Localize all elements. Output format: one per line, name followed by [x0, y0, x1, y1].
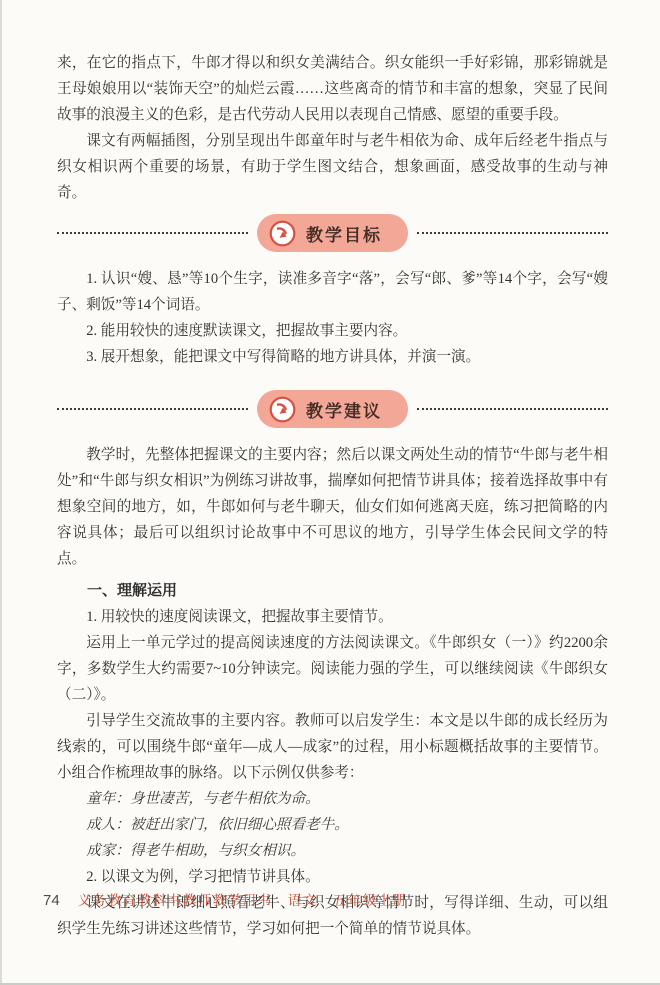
intro-paragraph-continuation: 来，在它的指点下，牛郎才得以和织女美满结合。织女能织一手好彩锦，那彩锦就是王母娘…	[57, 50, 608, 128]
curved-down-arrow-icon	[269, 396, 296, 423]
suggestions-header-row: 教学建议	[57, 390, 608, 428]
scanned-book-page: { "intro": { "p1": "来，在它的指点下，牛郎才得以和织女美满结…	[0, 0, 660, 985]
book-title: 义务教育教科书教师教学用书 语文 五年级上册	[78, 889, 408, 909]
outline-line-family: 成家：得老牛相助，与织女相识。	[57, 838, 608, 864]
objectives-header-row: 教学目标	[57, 214, 608, 252]
suggestions-header-badge: 教学建议	[257, 390, 408, 428]
page-content: 来，在它的指点下，牛郎才得以和织女美满结合。织女能织一手好彩锦，那彩锦就是王母娘…	[57, 50, 608, 942]
objectives-header-label: 教学目标	[306, 221, 382, 246]
suggestions-header-label: 教学建议	[306, 397, 382, 422]
dotted-divider-left	[57, 408, 248, 410]
section-point: 1. 用较快的速度阅读课文，把握故事主要情节。	[57, 604, 608, 630]
section-paragraph: 引导学生交流故事的主要内容。教师可以启发学生：本文是以牛郎的成长经历为线索的，可…	[57, 708, 608, 786]
dotted-divider-left	[57, 232, 248, 234]
suggestions-intro-paragraph: 教学时，先整体把握课文的主要内容；然后以课文两处生动的情节“牛郎与老牛相处”和“…	[57, 442, 608, 572]
outline-line-childhood: 童年：身世凄苦，与老牛相依为命。	[57, 786, 608, 812]
page-footer: 74 义务教育教科书教师教学用书 语文 五年级上册	[43, 889, 408, 909]
objective-item: 1. 认识“嫂、恳”等10个生字，读准多音字“落”，会写“郎、爹”等14个字，会…	[57, 266, 608, 318]
section-heading-comprehension: 一、理解运用	[57, 578, 608, 604]
section-point: 2. 以课文为例，学习把情节讲具体。	[57, 864, 608, 890]
curved-down-arrow-icon	[269, 220, 296, 247]
section-paragraph: 运用上一单元学过的提高阅读速度的方法阅读课文。《牛郎织女（一）》约2200余字，…	[57, 630, 608, 708]
objectives-header-badge: 教学目标	[257, 214, 408, 252]
objective-item: 3. 展开想象，能把课文中写得简略的地方讲具体，并演一演。	[57, 344, 608, 370]
objective-item: 2. 能用较快的速度默读课文，把握故事主要内容。	[57, 318, 608, 344]
intro-paragraph-illustrations: 课文有两幅插图，分别呈现出牛郎童年时与老牛相依为命、成年后经老牛指点与织女相识两…	[57, 128, 608, 206]
page-number: 74	[43, 892, 60, 909]
dotted-divider-right	[417, 232, 608, 234]
dotted-divider-right	[417, 408, 608, 410]
outline-line-adulthood: 成人：被赶出家门，依旧细心照看老牛。	[57, 812, 608, 838]
page-left-edge	[0, 0, 2, 985]
